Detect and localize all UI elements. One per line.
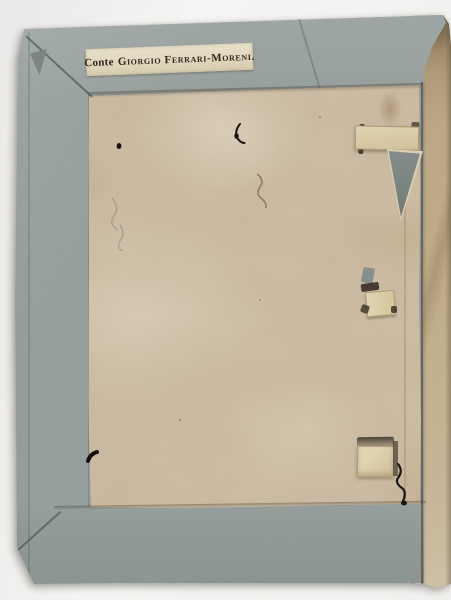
book-cover: ConteGiorgio Ferrari-Moreni.	[0, 0, 451, 600]
tie-slit	[391, 306, 397, 313]
vellum-tie-tab-bottom	[357, 446, 394, 477]
brown-stain	[378, 90, 402, 128]
owner-label-text: ConteGiorgio Ferrari-Moreni.	[84, 50, 255, 69]
left-edge-crease	[28, 32, 30, 580]
tie-slit	[393, 441, 398, 476]
owner-title: Conte	[84, 56, 114, 69]
photograph-of-book-cover: ConteGiorgio Ferrari-Moreni.	[0, 0, 451, 600]
pastedown-left-edge	[88, 95, 90, 507]
vellum-tie-tab-middle	[365, 290, 396, 317]
vellum-tie-strap-top	[355, 125, 419, 150]
owner-name: Giorgio Ferrari-Moreni.	[118, 50, 255, 67]
book-drop-shadow: ConteGiorgio Ferrari-Moreni.	[0, 0, 451, 600]
